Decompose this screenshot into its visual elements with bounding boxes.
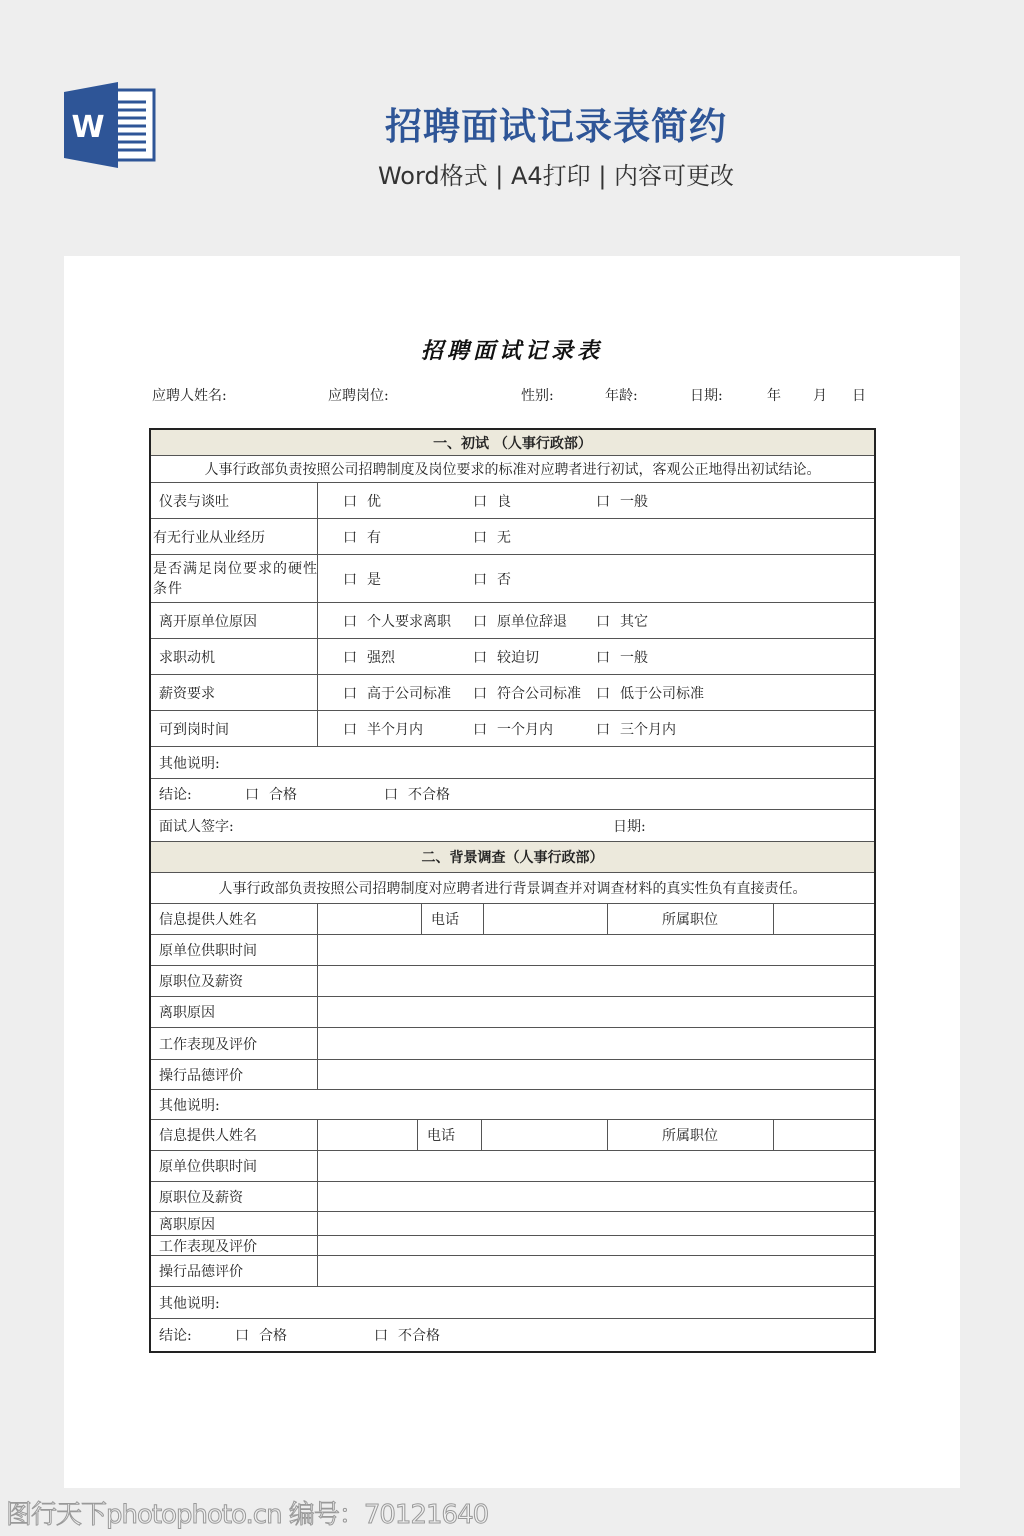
checkbox-icon: 口 [473,491,487,511]
age-label: 年龄: [605,385,638,405]
row-label: 原单位供职时间 [159,935,257,965]
row-label: 仪表与谈吐 [159,483,229,518]
table-row: 仪表与谈吐 口优 口良 口一般 [151,483,874,519]
svg-text:W: W [71,110,104,145]
section1-header: 一、初试 （人事行政部） [151,430,874,455]
checkbox-icon: 口 [343,491,357,511]
column-divider [317,519,318,554]
checkbox-icon: 口 [473,647,487,667]
day-label: 日 [852,385,866,405]
year-label: 年 [767,385,781,405]
column-divider [317,711,318,746]
conclusion-row: 结论: 口合格 口不合格 [151,779,874,810]
column-divider [317,483,318,518]
checkbox-option[interactable]: 口否 [473,555,511,602]
table-row: 原单位供职时间 [151,935,874,966]
checkbox-icon: 口 [473,683,487,703]
section1-description: 人事行政部负责按照公司招聘制度及岗位要求的标准对应聘者进行初试，客观公正地得出初… [151,456,874,482]
signature-label: 面试人签字: [159,810,234,841]
row-label: 操行品德评价 [159,1060,243,1089]
checkbox-icon: 口 [596,683,610,703]
row-label: 求职动机 [159,639,215,674]
column-divider [317,603,318,638]
checkbox-icon: 口 [473,527,487,547]
column-divider [483,904,484,934]
option-label: 合格 [269,784,297,804]
watermark: 图行天下photophoto.cn 编号：70121640 [6,1494,488,1531]
column-divider [317,675,318,710]
row-label: 原职位及薪资 [159,966,243,996]
option-label: 个人要求离职 [367,611,451,631]
checkbox-icon: 口 [596,491,610,511]
document-title: 招聘面试记录表 [0,334,1024,365]
checkbox-option[interactable]: 口不合格 [384,779,450,809]
checkbox-option[interactable]: 口良 [473,483,511,518]
option-label: 是 [367,569,381,589]
checkbox-icon: 口 [343,719,357,739]
row-label: 离开原单位原因 [159,603,257,638]
other-notes-label: 其他说明: [159,1090,220,1119]
checkbox-icon: 口 [343,569,357,589]
row-label: 工作表现及评价 [159,1236,257,1255]
option-label: 三个月内 [620,719,676,739]
row-label: 离职原因 [159,1212,215,1235]
table-row: 操行品德评价 [151,1256,874,1287]
other-notes-label: 其他说明: [159,747,220,778]
row-label: 有无行业从业经历 [153,519,265,554]
option-label: 符合公司标准 [497,683,581,703]
option-label: 强烈 [367,647,395,667]
option-label: 高于公司标准 [367,683,451,703]
other-notes-label: 其他说明: [159,1287,220,1318]
other-notes-row[interactable]: 其他说明: [151,747,874,779]
row-label: 操行品德评价 [159,1256,243,1286]
option-label: 原单位辞退 [497,611,567,631]
checkbox-icon: 口 [343,527,357,547]
column-divider [317,1060,318,1089]
option-label: 一个月内 [497,719,553,739]
position-label: 应聘岗位: [328,385,389,405]
checkbox-icon: 口 [343,647,357,667]
column-divider [317,1182,318,1211]
column-divider [317,966,318,996]
provider-row: 信息提供人姓名 电话 所属职位 [151,904,874,935]
table-row: 原单位供职时间 [151,1151,874,1182]
column-divider [317,555,318,602]
option-label: 一般 [620,647,648,667]
hero-subtitle: Word格式 | A4打印 | 内容可更改 [300,156,812,191]
signature-row[interactable]: 面试人签字: 日期: [151,810,874,842]
row-label: 可到岗时间 [159,711,229,746]
option-label: 半个月内 [367,719,423,739]
checkbox-option[interactable]: 口强烈 [343,639,395,674]
row-label: 是否满足岗位要求的硬性条件 [153,555,319,602]
signature-date-label: 日期: [613,810,646,841]
checkbox-option[interactable]: 口优 [343,483,381,518]
table-row: 离职原因 [151,997,874,1028]
table-row: 离开原单位原因 口个人要求离职 口原单位辞退 口其它 [151,603,874,639]
checkbox-option[interactable]: 口高于公司标准 [343,675,451,710]
option-label: 有 [367,527,381,547]
table-row: 工作表现及评价 [151,1236,874,1256]
column-divider [317,1151,318,1181]
option-label: 不合格 [408,784,450,804]
table-row: 可到岗时间 口半个月内 口一个月内 口三个月内 [151,711,874,747]
column-divider [317,1256,318,1286]
row-label: 工作表现及评价 [159,1028,257,1059]
month-label: 月 [813,385,827,405]
conclusion-label: 结论: [159,779,192,809]
checkbox-option[interactable]: 口其它 [596,603,648,638]
table-row: 薪资要求 口高于公司标准 口符合公司标准 口低于公司标准 [151,675,874,711]
column-divider [317,935,318,965]
gender-label: 性别: [521,385,554,405]
row-label: 薪资要求 [159,675,215,710]
column-divider [773,1120,774,1150]
section2-header: 二、背景调查（人事行政部） [151,842,874,872]
checkbox-icon: 口 [245,784,259,804]
checkbox-option[interactable]: 口原单位辞退 [473,603,567,638]
checkbox-option[interactable]: 口低于公司标准 [596,675,704,710]
checkbox-option[interactable]: 口较迫切 [473,639,539,674]
checkbox-icon: 口 [343,683,357,703]
checkbox-option[interactable]: 口三个月内 [596,711,676,746]
table-row: 有无行业从业经历 口有 口无 [151,519,874,555]
checkbox-icon: 口 [235,1325,249,1345]
option-label: 良 [497,491,511,511]
option-label: 较迫切 [497,647,539,667]
table-row: 操行品德评价 [151,1060,874,1090]
option-label: 无 [497,527,511,547]
applicant-name-label: 应聘人姓名: [152,385,227,405]
checkbox-option[interactable]: 口无 [473,519,511,554]
checkbox-icon: 口 [343,611,357,631]
section2-header-row: 二、背景调查（人事行政部） [151,842,874,873]
checkbox-option[interactable]: 口一般 [596,639,648,674]
checkbox-icon: 口 [473,569,487,589]
column-divider [481,1120,482,1150]
table-row: 原职位及薪资 [151,1182,874,1212]
option-label: 合格 [259,1325,287,1345]
position-label: 所属职位 [607,1120,773,1150]
section2-description-row: 人事行政部负责按照公司招聘制度对应聘者进行背景调查并对调查材料的真实性负有直接责… [151,873,874,904]
column-divider [317,1028,318,1059]
option-label: 优 [367,491,381,511]
checkbox-icon: 口 [384,784,398,804]
column-divider [317,1212,318,1235]
hero-title: 招聘面试记录表简约 [300,96,812,150]
row-label: 离职原因 [159,997,215,1027]
provider-name-label: 信息提供人姓名 [159,1120,257,1150]
option-label: 低于公司标准 [620,683,704,703]
option-label: 其它 [620,611,648,631]
checkbox-icon: 口 [374,1325,388,1345]
option-label: 不合格 [398,1325,440,1345]
checkbox-icon: 口 [473,611,487,631]
column-divider [317,639,318,674]
section2-description: 人事行政部负责按照公司招聘制度对应聘者进行背景调查并对调查材料的真实性负有直接责… [151,873,874,903]
column-divider [317,997,318,1027]
checkbox-option[interactable]: 口半个月内 [343,711,423,746]
phone-label: 电话 [427,1120,455,1150]
option-label: 一般 [620,491,648,511]
row-label: 原单位供职时间 [159,1151,257,1181]
table-row: 工作表现及评价 [151,1028,874,1060]
other-notes-row[interactable]: 其他说明: [151,1287,874,1319]
checkbox-option[interactable]: 口符合公司标准 [473,675,581,710]
table-row: 原职位及薪资 [151,966,874,997]
table-row: 求职动机 口强烈 口较迫切 口一般 [151,639,874,675]
checkbox-option[interactable]: 口不合格 [374,1319,440,1351]
section1-header-row: 一、初试 （人事行政部） [151,430,874,456]
conclusion-row: 结论: 口合格 口不合格 [151,1319,874,1351]
checkbox-icon: 口 [473,719,487,739]
conclusion-label: 结论: [159,1319,192,1351]
column-divider [773,904,774,934]
section1-description-row: 人事行政部负责按照公司招聘制度及岗位要求的标准对应聘者进行初试，客观公正地得出初… [151,456,874,483]
interview-record-table: 一、初试 （人事行政部） 人事行政部负责按照公司招聘制度及岗位要求的标准对应聘者… [149,428,876,1353]
table-row: 离职原因 [151,1212,874,1236]
provider-name-label: 信息提供人姓名 [159,904,257,934]
other-notes-row[interactable]: 其他说明: [151,1090,874,1120]
column-divider [417,1120,418,1150]
checkbox-icon: 口 [596,719,610,739]
column-divider [317,1236,318,1255]
checkbox-option[interactable]: 口一个月内 [473,711,553,746]
checkbox-option[interactable]: 口合格 [235,1319,287,1351]
checkbox-icon: 口 [596,611,610,631]
date-label: 日期: [690,385,723,405]
checkbox-icon: 口 [596,647,610,667]
column-divider [317,1120,318,1150]
table-row: 是否满足岗位要求的硬性条件 口是 口否 [151,555,874,603]
checkbox-option[interactable]: 口个人要求离职 [343,603,451,638]
checkbox-option[interactable]: 口是 [343,555,381,602]
checkbox-option[interactable]: 口合格 [245,779,297,809]
phone-label: 电话 [431,904,459,934]
provider-row: 信息提供人姓名 电话 所属职位 [151,1120,874,1151]
word-icon: W [64,82,156,168]
row-label: 原职位及薪资 [159,1182,243,1211]
checkbox-option[interactable]: 口一般 [596,483,648,518]
position-label: 所属职位 [607,904,773,934]
column-divider [421,904,422,934]
column-divider [317,904,318,934]
checkbox-option[interactable]: 口有 [343,519,381,554]
option-label: 否 [497,569,511,589]
